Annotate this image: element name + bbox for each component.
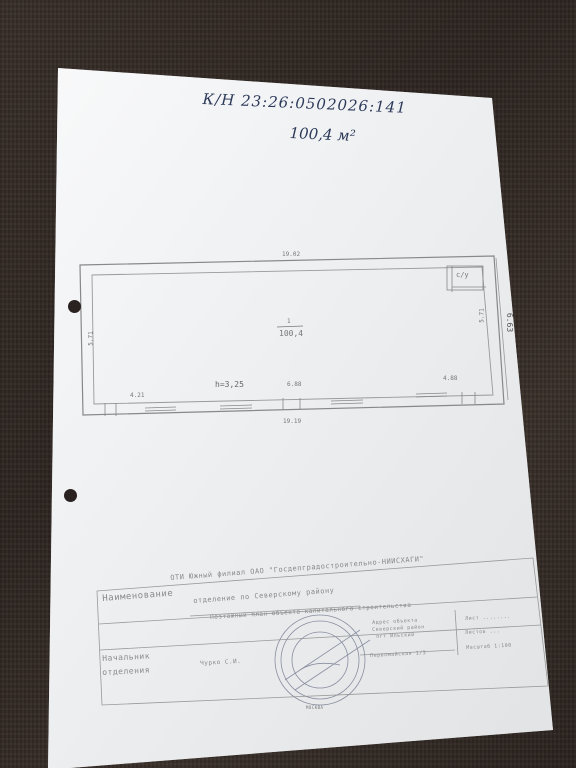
segment-1: 4.21 <box>130 392 144 399</box>
segment-2: 6.88 <box>287 381 301 388</box>
dim-top: 19.02 <box>282 251 300 258</box>
dim-right-inner: 5.71 <box>479 308 486 322</box>
segment-3: 4.88 <box>443 375 457 382</box>
wc-label: с/у <box>456 271 469 279</box>
stamp-city: МОСКВА <box>306 705 323 710</box>
ceiling-height: h=3,25 <box>215 380 244 389</box>
dim-bottom: 19.19 <box>283 418 301 425</box>
punch-hole-top <box>68 300 81 313</box>
punch-hole-bottom <box>64 489 77 502</box>
room-area: 100,4 <box>279 329 303 338</box>
handwritten-area: 100,4 м² <box>289 124 356 145</box>
document-sheet: К/Н 23:26:0502026:141 100,4 м² 19.02 19.… <box>0 0 576 768</box>
dim-right-outer: 6.63 <box>505 313 514 332</box>
room-number: 1 <box>287 318 291 325</box>
dim-left: 5.71 <box>88 331 95 345</box>
